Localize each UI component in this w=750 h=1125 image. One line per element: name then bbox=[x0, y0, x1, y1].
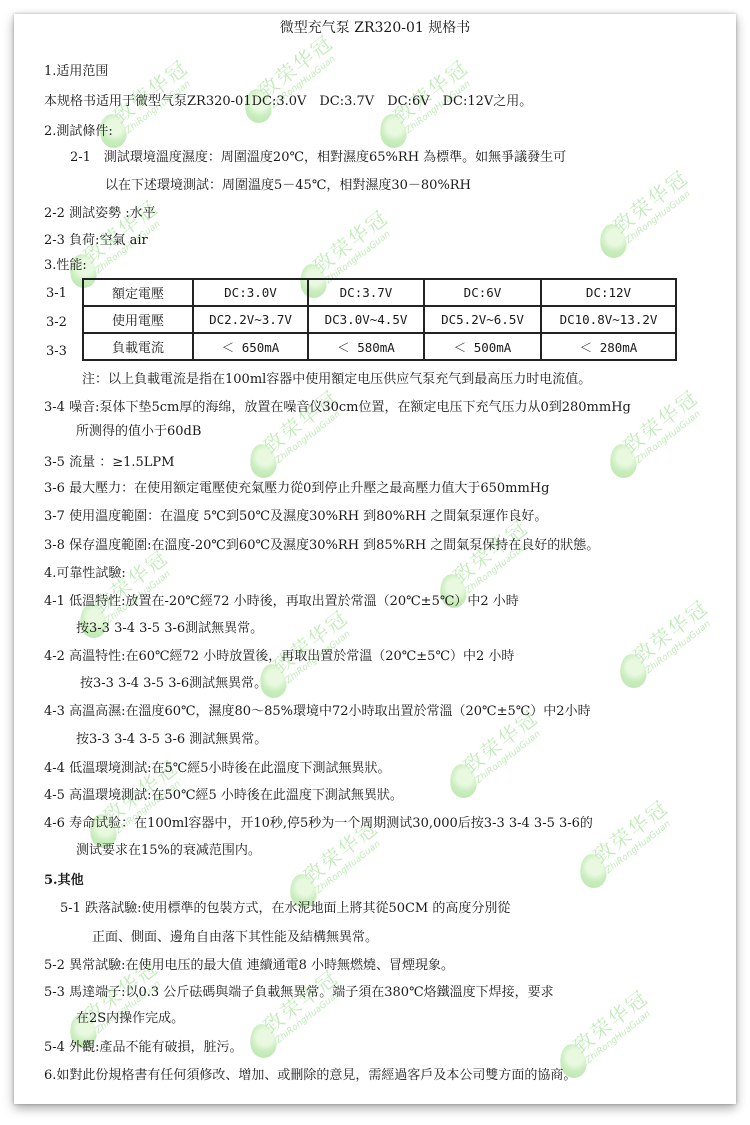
section-4-heading: 4.可靠性試驗: bbox=[44, 566, 126, 582]
table-row: 負載電流 ＜ 650mA ＜ 580mA ＜ 500mA ＜ 280mA bbox=[83, 333, 676, 360]
document-title: 微型充气泵 ZR320-01 规格书 bbox=[0, 17, 750, 37]
item-3-6: 3-6 最大壓力：在使用额定電壓使充氣壓力從0到停止升壓之最高壓力值大于650m… bbox=[44, 481, 549, 497]
table-cell: 額定電壓 bbox=[83, 279, 193, 306]
table-cell: DC2.2V~3.7V bbox=[193, 306, 308, 333]
item-4-6-line2: 测试要求在15%的衰减范围内。 bbox=[76, 843, 261, 859]
section-2-heading: 2.測試條件: bbox=[44, 124, 113, 140]
item-3-5: 3-5 流量 ：≥1.5LPM bbox=[44, 455, 174, 471]
table-cell: ＜ 280mA bbox=[541, 333, 676, 360]
table-note: 注：以上負載電流是指在100ml容器中使用額定电压供应气泵充气到最高压力时电流值… bbox=[82, 372, 591, 388]
item-3-7: 3-7 使用溫度範圍：在溫度 5℃到50℃及濕度30%RH 到80%RH 之間氣… bbox=[44, 509, 547, 525]
item-4-1-line2: 按3-3 3-4 3-5 3-6測試無異常。 bbox=[76, 621, 263, 637]
item-4-3-line1: 4-3 高溫高濕:在溫度60℃，濕度80～85%環境中72小時取出置於常溫（20… bbox=[44, 704, 591, 720]
item-3-8: 3-8 保存溫度範圍:在溫度-20℃到60℃及濕度30%RH 到85%RH 之間… bbox=[44, 538, 599, 554]
item-2-2: 2-2 測試姿勢 :水平 bbox=[44, 206, 156, 222]
section-1-body: 本规格书适用于微型气泵ZR320-01DC:3.0V DC:3.7V DC:6V… bbox=[44, 94, 532, 110]
item-5-4: 5-4 外觀:產品不能有破損，脏污。 bbox=[44, 1040, 242, 1056]
item-4-5: 4-5 高溫環境測試:在50℃經5 小時後在此溫度下測試無異狀。 bbox=[44, 788, 403, 804]
performance-table: 額定電壓 DC:3.0V DC:3.7V DC:6V DC:12V 使用電壓 D… bbox=[82, 278, 677, 361]
table-cell: DC3.0V~4.5V bbox=[308, 306, 424, 333]
table-cell: DC10.8V~13.2V bbox=[541, 306, 676, 333]
row-id-3-1: 3-1 bbox=[46, 286, 67, 301]
item-5-2: 5-2 異常試驗:在使用电压的最大值 連續通電8 小時無燃燒、冒煙現象。 bbox=[44, 958, 454, 974]
table-cell: 使用電壓 bbox=[83, 306, 193, 333]
item-4-1-line1: 4-1 低溫特性:放置在-20℃經72 小時後，再取出置於常溫（20℃±5℃）中… bbox=[44, 594, 519, 610]
table-cell: DC5.2V~6.5V bbox=[424, 306, 541, 333]
row-id-3-2: 3-2 bbox=[46, 315, 67, 330]
item-5-3-line2: 在2S内操作完成。 bbox=[76, 1011, 184, 1027]
item-4-2-line2: 按3-3 3-4 3-5 3-6測試無異常。 bbox=[80, 676, 267, 692]
table-cell: DC:12V bbox=[541, 279, 676, 306]
item-3-4-line2: 所测得的值小于60dB bbox=[76, 424, 201, 440]
item-4-4: 4-4 低溫環境測試:在5℃經5小時後在此溫度下測試無異狀。 bbox=[44, 761, 391, 777]
table-row: 使用電壓 DC2.2V~3.7V DC3.0V~4.5V DC5.2V~6.5V… bbox=[83, 306, 676, 333]
table-cell: ＜ 580mA bbox=[308, 333, 424, 360]
table-cell: DC:3.7V bbox=[308, 279, 424, 306]
table-cell: DC:3.0V bbox=[193, 279, 308, 306]
section-5-heading: 5.其他 bbox=[44, 873, 84, 889]
row-id-3-3: 3-3 bbox=[46, 344, 67, 359]
table-row: 額定電壓 DC:3.0V DC:3.7V DC:6V DC:12V bbox=[83, 279, 676, 306]
item-4-3-line2: 按3-3 3-4 3-5 3-6 測試無異常。 bbox=[76, 732, 267, 748]
table-cell: ＜ 650mA bbox=[193, 333, 308, 360]
item-5-1-line2: 正面、側面、邊角自由落下其性能及結構無異常。 bbox=[92, 930, 378, 946]
table-cell: DC:6V bbox=[424, 279, 541, 306]
table-cell: 負載電流 bbox=[83, 333, 193, 360]
item-4-2-line1: 4-2 高溫特性:在60℃經72 小時放置後，再取出置於常溫（20℃±5℃）中2… bbox=[44, 649, 514, 665]
item-3-4-line1: 3-4 噪音:泵体下垫5cm厚的海绵，放置在噪音仪30cm位置，在额定电压下充气… bbox=[44, 400, 631, 416]
item-5-1-line1: 5-1 跌落試驗:使用標準的包裝方式，在水泥地面上將其從50CM 的高度分別從 bbox=[60, 901, 510, 917]
item-2-3: 2-3 負荷:空氣 air bbox=[44, 233, 148, 249]
table-cell: ＜ 500mA bbox=[424, 333, 541, 360]
item-2-1-line2: 以在下述環境測試：周圍溫度5－45℃，相對濕度30－80%RH bbox=[105, 178, 471, 194]
item-2-1-line1: 2-1 測試環境溫度濕度：周圍溫度20℃，相對濕度65%RH 為標準。如無爭議發… bbox=[70, 150, 566, 166]
section-3-heading: 3.性能: bbox=[44, 258, 87, 274]
item-5-3-line1: 5-3 馬達端子:以0.3 公斤砝碼與端子負載無異常。端子須在380℃烙鐵溫度下… bbox=[44, 985, 554, 1001]
item-4-6-line1: 4-6 寿命试验：在100ml容器中，开10秒,停5秒为一个周期测试30,000… bbox=[44, 816, 593, 832]
section-1-heading: 1.适用范围 bbox=[44, 64, 108, 80]
section-6-body: 6.如對此份規格書有任何須修改、增加、或刪除的意見，需經過客戶及本公司雙方面的協… bbox=[44, 1068, 576, 1084]
